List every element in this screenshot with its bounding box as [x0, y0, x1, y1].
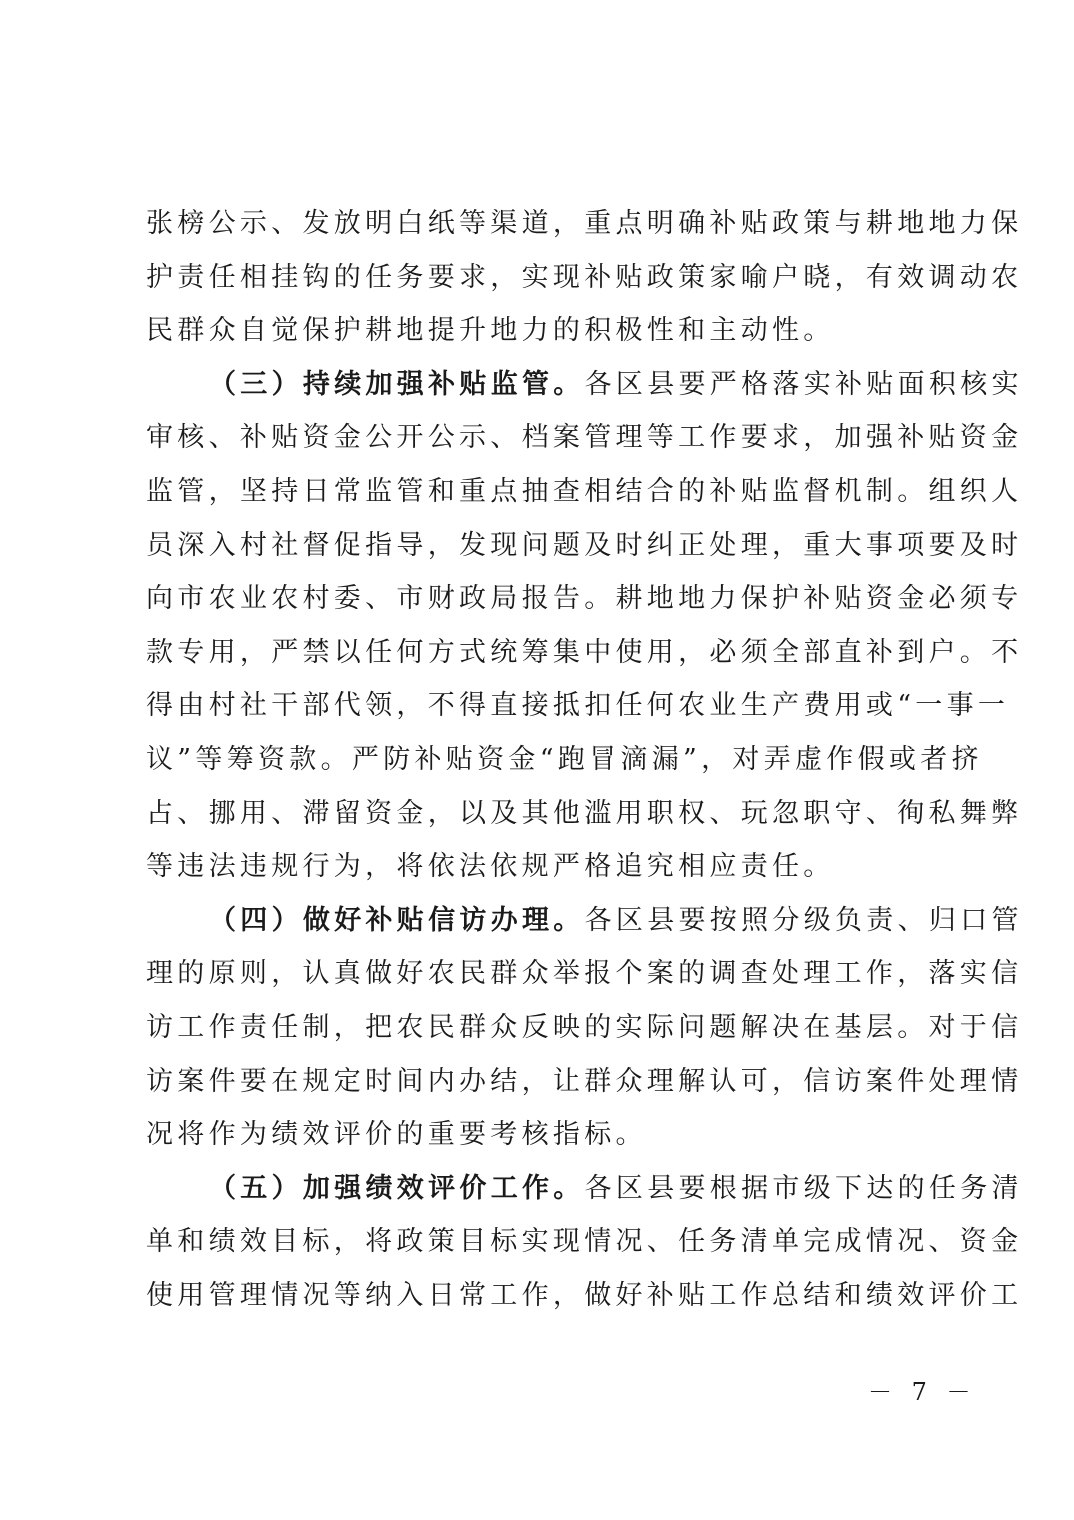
section-heading: （三）持续加强补贴监管。	[209, 369, 585, 400]
text-line: 张榜公示、发放明白纸等渠道，重点明确补贴政策与耕地地力保	[146, 197, 942, 251]
paragraph-section-5: （五）加强绩效评价工作。各区县要根据市级下达的任务清 单和绩效目标，将政策目标实…	[146, 1162, 942, 1323]
text-line: 等违法违规行为，将依法依规严格追究相应责任。	[146, 840, 942, 894]
paragraph-section-3: （三）持续加强补贴监管。各区县要严格落实补贴面积核实 审核、补贴资金公开公示、档…	[146, 358, 942, 894]
paragraph-continuation: 张榜公示、发放明白纸等渠道，重点明确补贴政策与耕地地力保 护责任相挂钩的任务要求…	[146, 197, 942, 358]
text-line: （四）做好补贴信访办理。各区县要按照分级负责、归口管	[146, 894, 942, 948]
text-line: （五）加强绩效评价工作。各区县要根据市级下达的任务清	[146, 1162, 942, 1216]
text-line: 单和绩效目标，将政策目标实现情况、任务清单完成情况、资金	[146, 1215, 942, 1269]
text-line: （三）持续加强补贴监管。各区县要严格落实补贴面积核实	[146, 358, 942, 412]
text-line: 向市农业农村委、市财政局报告。耕地地力保护补贴资金必须专	[146, 572, 942, 626]
text-line: 理的原则，认真做好农民群众举报个案的调查处理工作，落实信	[146, 947, 942, 1001]
text-line: 访案件要在规定时间内办结，让群众理解认可，信访案件处理情	[146, 1055, 942, 1109]
text-line: 护责任相挂钩的任务要求，实现补贴政策家喻户晓，有效调动农	[146, 251, 942, 305]
text-run: 各区县要按照分级负责、归口管	[585, 905, 1023, 936]
text-line: 监管，坚持日常监管和重点抽查相结合的补贴监督机制。组织人	[146, 465, 942, 519]
text-line: 员深入村社督促指导，发现问题及时纠正处理，重大事项要及时	[146, 519, 942, 573]
text-line: 况将作为绩效评价的重要考核指标。	[146, 1108, 942, 1162]
section-heading: （四）做好补贴信访办理。	[209, 905, 585, 936]
text-line: 得由村社干部代领，不得直接抵扣任何农业生产费用或“一事一	[146, 679, 942, 733]
text-line: 占、挪用、滞留资金，以及其他滥用职权、玩忽职守、徇私舞弊	[146, 787, 942, 841]
text-line: 审核、补贴资金公开公示、档案管理等工作要求，加强补贴资金	[146, 411, 942, 465]
text-line: 款专用，严禁以任何方式统筹集中使用，必须全部直补到户。不	[146, 626, 942, 680]
document-body: 张榜公示、发放明白纸等渠道，重点明确补贴政策与耕地地力保 护责任相挂钩的任务要求…	[146, 197, 942, 1322]
text-run: 各区县要根据市级下达的任务清	[585, 1173, 1023, 1204]
section-heading: （五）加强绩效评价工作。	[209, 1173, 585, 1204]
text-line: 访工作责任制，把农民群众反映的实际问题解决在基层。对于信	[146, 1001, 942, 1055]
document-page: 张榜公示、发放明白纸等渠道，重点明确补贴政策与耕地地力保 护责任相挂钩的任务要求…	[0, 0, 1074, 1520]
text-line: 议”等筹资款。严防补贴资金“跑冒滴漏”，对弄虚作假或者挤	[146, 733, 942, 787]
paragraph-section-4: （四）做好补贴信访办理。各区县要按照分级负责、归口管 理的原则，认真做好农民群众…	[146, 894, 942, 1162]
text-line: 民群众自觉保护耕地提升地力的积极性和主动性。	[146, 304, 942, 358]
page-number: － 7 －	[868, 1372, 948, 1407]
text-run: 各区县要严格落实补贴面积核实	[585, 369, 1023, 400]
text-line: 使用管理情况等纳入日常工作，做好补贴工作总结和绩效评价工	[146, 1269, 942, 1323]
